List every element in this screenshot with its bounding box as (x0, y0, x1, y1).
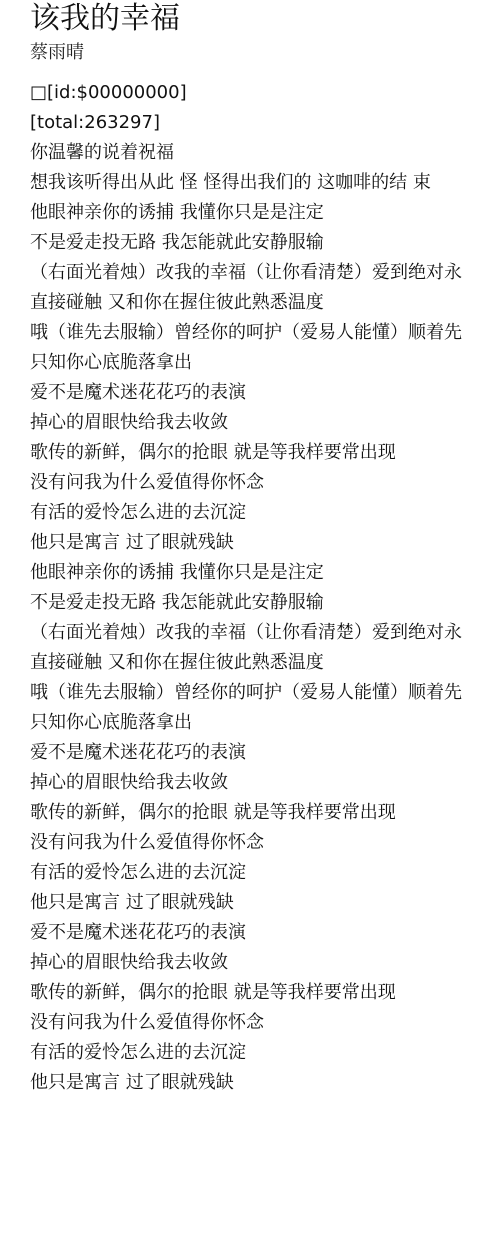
lyric-line: 歌传的新鲜，偶尔的抢眼 就是等我样要常出现 (30, 438, 500, 468)
lyric-line: 没有问我为什么爱值得你怀念 (30, 468, 500, 498)
lyric-line: 不是爱走投无路 我怎能就此安静服输 (30, 588, 500, 618)
lyrics-page: 该我的幸福 蔡雨晴 □[id:$00000000] [total:263297]… (30, 0, 500, 1098)
lyric-line: 你温馨的说着祝福 (30, 138, 500, 168)
lyric-line: 他只是寓言 过了眼就残缺 (30, 1068, 500, 1098)
lyric-line: 想我该听得出从此 怪 怪得出我们的 这咖啡的结 束 (30, 168, 500, 198)
lyric-line: 哦（谁先去服输）曾经你的呵护（爱易人能懂）顺着先 (30, 318, 500, 348)
lyric-line: 有活的爱怜怎么进的去沉淀 (30, 858, 500, 888)
lyric-line: 歌传的新鲜，偶尔的抢眼 就是等我样要常出现 (30, 798, 500, 828)
lyric-line: 只知你心底脆落拿出 (30, 348, 500, 378)
lyric-line: 掉心的眉眼快给我去收敛 (30, 948, 500, 978)
lyric-meta-id: □[id:$00000000] (30, 78, 500, 108)
lyric-line: 直接碰触 又和你在握住彼此熟悉温度 (30, 648, 500, 678)
lyric-line: 他只是寓言 过了眼就残缺 (30, 528, 500, 558)
lyric-line: 爱不是魔术迷花花巧的表演 (30, 378, 500, 408)
lyric-line: 没有问我为什么爱值得你怀念 (30, 828, 500, 858)
lyric-line: 哦（谁先去服输）曾经你的呵护（爱易人能懂）顺着先 (30, 678, 500, 708)
lyric-line: 不是爱走投无路 我怎能就此安静服输 (30, 228, 500, 258)
lyric-line: 爱不是魔术迷花花巧的表演 (30, 918, 500, 948)
lyrics-body: □[id:$00000000] [total:263297] 你温馨的说着祝福想… (30, 78, 500, 1098)
lyric-meta-total: [total:263297] (30, 108, 500, 138)
lyric-line: 有活的爱怜怎么进的去沉淀 (30, 498, 500, 528)
lyric-line: 直接碰触 又和你在握住彼此熟悉温度 (30, 288, 500, 318)
lyric-line: 他眼神亲你的诱捕 我懂你只是是注定 (30, 558, 500, 588)
lyric-line: （右面光着烛）改我的幸福（让你看清楚）爱到绝对永 (30, 258, 500, 288)
lyric-line: 他只是寓言 过了眼就残缺 (30, 888, 500, 918)
lyric-line: 掉心的眉眼快给我去收敛 (30, 768, 500, 798)
lyric-line: 没有问我为什么爱值得你怀念 (30, 1008, 500, 1038)
lyric-lines: 你温馨的说着祝福想我该听得出从此 怪 怪得出我们的 这咖啡的结 束他眼神亲你的诱… (30, 138, 500, 1098)
lyric-line: 掉心的眉眼快给我去收敛 (30, 408, 500, 438)
lyric-line: 他眼神亲你的诱捕 我懂你只是是注定 (30, 198, 500, 228)
artist-name: 蔡雨晴 (30, 38, 500, 68)
lyric-line: 只知你心底脆落拿出 (30, 708, 500, 738)
lyric-line: （右面光着烛）改我的幸福（让你看清楚）爱到绝对永 (30, 618, 500, 648)
lyric-line: 有活的爱怜怎么进的去沉淀 (30, 1038, 500, 1068)
lyric-line: 歌传的新鲜，偶尔的抢眼 就是等我样要常出现 (30, 978, 500, 1008)
song-title: 该我的幸福 (30, 0, 500, 38)
lyric-line: 爱不是魔术迷花花巧的表演 (30, 738, 500, 768)
